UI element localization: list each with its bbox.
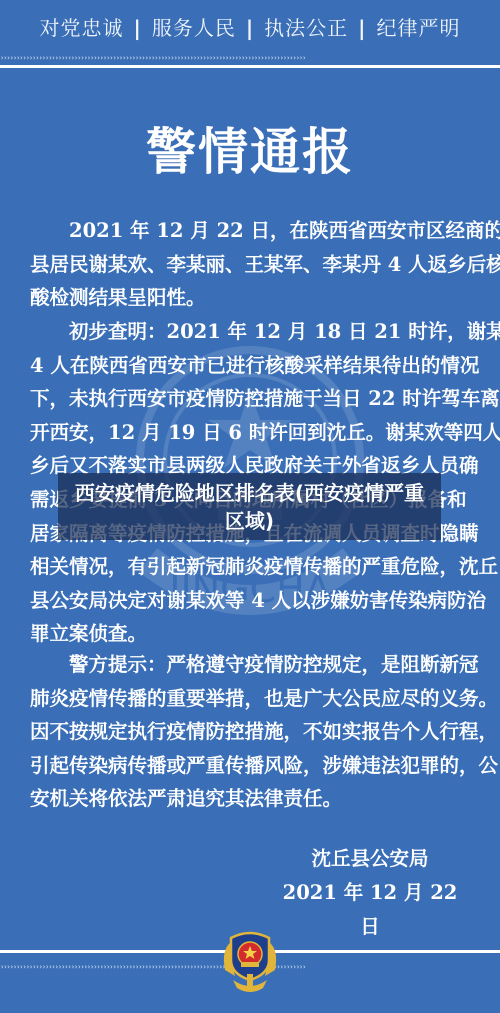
police-emblem-icon [217, 930, 283, 996]
text-line: 罪立案侦查。 [30, 617, 472, 651]
motto-separator: | [134, 16, 142, 40]
motto-separator: | [246, 16, 254, 40]
notice-paragraph-1: 2021 年 12 月 22 日，在陕西省西安市区经商的我 县居民谢某欢、李某丽… [30, 214, 472, 315]
text-line: 初步查明：2021 年 12 月 18 日 21 时许，谢某欢等 [30, 315, 472, 349]
text-line: 警方提示：严格遵守疫情防控规定，是阻断新冠 [30, 648, 472, 682]
motto-item: 纪律严明 [376, 16, 460, 40]
text-line: 安机关将依法严肃追究其法律责任。 [30, 782, 472, 816]
caption-overlay: 西安疫情危险地区排名表(西安疫情严重区域) [58, 473, 441, 540]
text-line: 下，未执行西安市疫情防控措施于当日 22 时许驾车离 [30, 382, 472, 416]
text-line: 开西安，12 月 19 日 6 时许回到沈丘。谢某欢等四人返 [30, 416, 472, 450]
chevron-divider-top: ››››››››››››››››››››››››››››››››››››››››… [0, 55, 500, 61]
text-line: 酸检测结果呈阳性。 [30, 281, 472, 315]
page-title: 警情通报 [0, 112, 500, 184]
text-line: 肺炎疫情传播的重要举措，也是广大公民应尽的义务。 [30, 682, 472, 716]
motto-item: 服务人民 [152, 16, 236, 40]
police-tip-paragraph: 警方提示：严格遵守疫情防控规定，是阻断新冠 肺炎疫情传播的重要举措，也是广大公民… [30, 648, 472, 816]
text-line: 引起传染病传播或严重传播风险，涉嫌违法犯罪的，公 [30, 749, 472, 783]
text-line: 县公安局决定对谢某欢等 4 人以涉嫌妨害传染病防治 [30, 584, 472, 618]
header-motto: 对党忠诚|服务人民|执法公正|纪律严明 [0, 12, 500, 41]
text-line: 2021 年 12 月 22 日，在陕西省西安市区经商的我 [30, 214, 472, 248]
text-line: 相关情况，有引起新冠肺炎疫情传播的严重危险，沈丘 [30, 550, 472, 584]
divider-line-top [0, 65, 500, 68]
text-line: 县居民谢某欢、李某丽、王某军、李某丹 4 人返乡后核 [30, 248, 472, 282]
motto-item: 对党忠诚 [40, 16, 124, 40]
text-line: 4 人在陕西省西安市已进行核酸采样结果待出的情况 [30, 349, 472, 383]
motto-separator: | [358, 16, 366, 40]
motto-item: 执法公正 [264, 16, 348, 40]
text-line: 因不按规定执行疫情防控措施，不如实报告个人行程， [30, 715, 472, 749]
signature-block: 沈丘县公安局 2021 年 12 月 22 日 [270, 842, 470, 944]
signature-date: 2021 年 12 月 22 日 [270, 876, 470, 944]
signature-org: 沈丘县公安局 [270, 842, 470, 876]
